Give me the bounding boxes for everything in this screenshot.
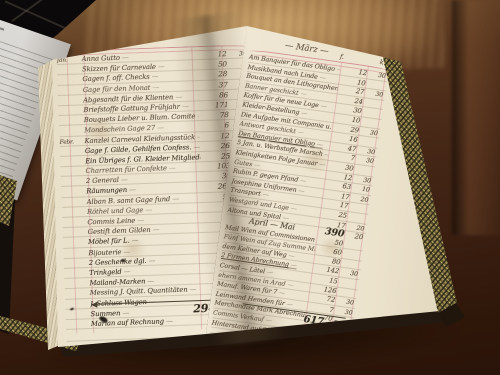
amount-gulden: 26: [200, 141, 230, 151]
amount-gulden: 37: [198, 80, 228, 90]
date-cell: [62, 224, 87, 225]
amount-kreuzer: [363, 104, 384, 107]
amount-kreuzer: [343, 245, 364, 248]
amount-gulden: 12: [199, 131, 229, 141]
date-cell: [64, 255, 89, 256]
date-cell: [61, 194, 86, 195]
date-cell: [58, 102, 83, 103]
date-cell: [65, 295, 90, 296]
amount-gulden: 78: [199, 110, 229, 120]
amount-gulden: 103: [200, 161, 230, 171]
date-cell: [62, 214, 87, 215]
amount-kreuzer: [341, 255, 362, 258]
amount-gulden: 171: [198, 100, 228, 110]
amount-gulden: 30: [201, 171, 231, 181]
date-cell: [58, 92, 83, 93]
date-cell: [60, 153, 85, 154]
gulden-column-head: f.: [339, 52, 344, 61]
amount-gulden: 25: [200, 151, 230, 161]
amount-kreuzer: [336, 293, 357, 296]
amount-kreuzer: [340, 264, 361, 267]
amount-gulden: 12: [196, 49, 226, 59]
date-cell: [57, 72, 82, 73]
date-cell: [59, 122, 84, 123]
date-cell: [60, 163, 85, 164]
date-cell: [65, 285, 90, 286]
amount-kreuzer: [365, 85, 386, 88]
amount-kreuzer: [360, 123, 381, 126]
ink-blot: [121, 259, 125, 262]
date-cell: [63, 244, 88, 245]
date-cell: [59, 133, 84, 134]
amount-kreuzer: [347, 218, 368, 221]
amount-kreuzer: [353, 171, 374, 174]
amount-kreuzer: [357, 142, 378, 145]
amount-gulden: 28: [197, 69, 227, 79]
amount-kreuzer: [337, 284, 358, 287]
amount-kreuzer: [348, 208, 369, 211]
date-cell: [64, 275, 89, 276]
ledger-photo-scene: Baare Ausgaben ~ 850 Jan. Anna Gutto 12 …: [0, 0, 500, 375]
date-cell: [59, 112, 84, 113]
date-cell: [61, 173, 86, 174]
amount-kreuzer: [361, 114, 382, 117]
amount-gulden: 86: [198, 90, 228, 100]
date-cell: [57, 81, 82, 82]
date-cell: [62, 204, 87, 205]
amount-gulden: 6: [199, 121, 229, 131]
date-cell: Febr.: [59, 138, 84, 148]
date-cell: [63, 234, 88, 235]
date-cell: [64, 265, 89, 266]
corner-frame-line: [11, 0, 62, 22]
table-wood-seam: [452, 0, 500, 235]
amount-gulden: 50: [197, 60, 227, 70]
date-cell: [66, 326, 91, 327]
date-cell: [61, 183, 86, 184]
